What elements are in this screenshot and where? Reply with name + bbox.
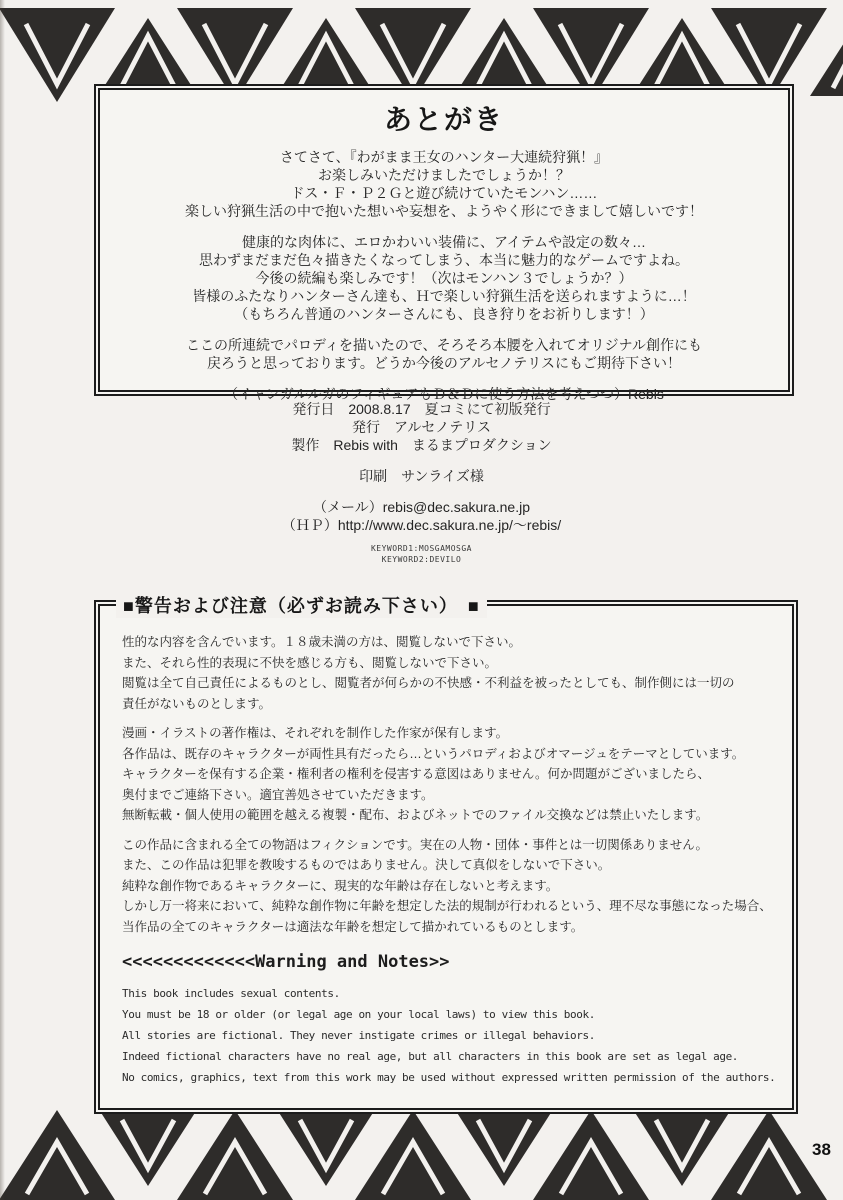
- triangle-glyph: [711, 1110, 827, 1200]
- production-line: 製作 Rebis with まるまプロダクション: [0, 436, 843, 454]
- page-number: 38: [812, 1140, 831, 1160]
- email-line: （メール）rebis@dec.sakura.ne.jp: [0, 498, 843, 516]
- text-line: 閲覧は全て自己責任によるものとし、閲覧者が何らかの不快感・不利益を被ったとしても…: [122, 673, 778, 694]
- text-line: また、それら性的表現に不快を感じる方も、閲覧しないで下さい。: [122, 653, 778, 674]
- text-line: Indeed fictional characters have no real…: [122, 1046, 778, 1067]
- afterword-paragraph-2: 健康的な肉体に、エロかわいい装備に、アイテムや設定の数々… 思わずまだまだ色々描…: [100, 233, 788, 323]
- text-line: 純粋な創作物であるキャラクターに、現実的な年齢は存在しないと考えます。: [122, 876, 778, 897]
- text-line: お楽しみいただけましたでしょうか！？: [100, 166, 788, 184]
- text-line: 責任がないものとします。: [122, 694, 778, 715]
- publish-date-line: 発行日 2008.8.17 夏コミにて初版発行: [0, 400, 843, 418]
- text-line: 当作品の全てのキャラクターは適法な年齢を想定して描かれているものとします。: [122, 917, 778, 938]
- text-line: 思わずまだまだ色々描きたくなってしまう、本当に魅力的なゲームですよね。: [100, 251, 788, 269]
- triangle-glyph: [355, 1110, 471, 1200]
- triangle-glyph: [632, 1108, 732, 1186]
- text-line: 楽しい狩猟生活の中で抱いた想いや妄想を、ようやく形にできまして嬉しいです！: [100, 202, 788, 220]
- triangle-glyph: [533, 1110, 649, 1200]
- triangle-border-bottom: [0, 1104, 843, 1200]
- triangle-glyph: [177, 1110, 293, 1200]
- text-line: （もちろん普通のハンターさんにも、良き狩りをお祈りします！）: [100, 305, 788, 323]
- triangle-glyph: [810, 18, 843, 96]
- text-line: しかし万一将来において、純粋な創作物に年齢を想定した法的規制が行われるという、理…: [122, 896, 778, 917]
- homepage-line: （ＨＰ）http://www.dec.sakura.ne.jp/～rebis/: [0, 516, 843, 534]
- text-line: 健康的な肉体に、エロかわいい装備に、アイテムや設定の数々…: [100, 233, 788, 251]
- afterword-paragraph-1: さてさて、『わがまま王女のハンター大連続狩猟！』 お楽しみいただけましたでしょう…: [100, 148, 788, 220]
- text-line: 今後の続編も楽しみです！（次はモンハン３でしょうか？）: [100, 269, 788, 287]
- warning-box: ■警告および注意（必ずお読み下さい） ■ 性的な内容を含んでいます。１８歳未満の…: [94, 600, 798, 1114]
- triangle-glyph: [0, 1110, 115, 1200]
- text-line: This book includes sexual contents.: [122, 983, 778, 1004]
- text-line: 性的な内容を含んでいます。１８歳未満の方は、閲覧しないで下さい。: [122, 632, 778, 653]
- text-line: 各作品は、既存のキャラクターが両性具有だったら…というパロディおよびオマージュを…: [122, 744, 778, 765]
- triangle-glyph: [98, 1108, 198, 1186]
- text-line: 奥付までご連絡下さい。適宜善処させていただきます。: [122, 785, 778, 806]
- printer-line: 印刷 サンライズ様: [0, 467, 843, 485]
- text-line: 皆様のふたなりハンターさん達も、Ｈで楽しい狩猟生活を送られますように…！: [100, 287, 788, 305]
- text-line: 戻ろうと思っております。どうか今後のアルセノテリスにもご期待下さい！: [100, 354, 788, 372]
- text-line: 漫画・イラストの著作権は、それぞれを制作した作家が保有します。: [122, 723, 778, 744]
- afterword-box: あとがき さてさて、『わがまま王女のハンター大連続狩猟！』 お楽しみいただけまし…: [94, 84, 794, 396]
- text-line: ここの所連続でパロディを描いたので、そろそろ本腰を入れてオリジナル創作にも: [100, 336, 788, 354]
- text-line: You must be 18 or older (or legal age on…: [122, 1004, 778, 1025]
- warning-heading: ■警告および注意（必ずお読み下さい） ■: [116, 592, 487, 618]
- triangle-glyph: [454, 1108, 554, 1186]
- triangle-glyph: [276, 1108, 376, 1186]
- text-line: キャラクターを保有する企業・権利者の権利を侵害する意図はありません。何か問題がご…: [122, 764, 778, 785]
- warning-jp-paragraph-1: 性的な内容を含んでいます。１８歳未満の方は、閲覧しないで下さい。 また、それら性…: [122, 632, 778, 714]
- keyword-line: KEYWORD2:DEVILO: [0, 554, 843, 565]
- keyword-line: KEYWORD1:MOSGAMOSGA: [0, 543, 843, 554]
- text-line: 無断転載・個人使用の範囲を越える複製・配布、およびネットでのファイル交換などは禁…: [122, 805, 778, 826]
- warning-jp-paragraph-3: この作品に含まれる全ての物語はフィクションです。実在の人物・団体・事件とは一切関…: [122, 835, 778, 938]
- scan-edge-artifact: [0, 0, 5, 1200]
- text-line: No comics, graphics, text from this work…: [122, 1067, 778, 1088]
- colophon: 発行日 2008.8.17 夏コミにて初版発行 発行 アルセノテリス 製作 Re…: [0, 400, 843, 565]
- keywords-block: KEYWORD1:MOSGAMOSGA KEYWORD2:DEVILO: [0, 543, 843, 565]
- text-line: また、この作品は犯罪を教唆するものではありません。決して真似をしないで下さい。: [122, 855, 778, 876]
- afterword-title: あとがき: [100, 98, 788, 138]
- publisher-line: 発行 アルセノテリス: [0, 418, 843, 436]
- text-line: さてさて、『わがまま王女のハンター大連続狩猟！』: [100, 148, 788, 166]
- afterword-paragraph-3: ここの所連続でパロディを描いたので、そろそろ本腰を入れてオリジナル創作にも 戻ろ…: [100, 336, 788, 372]
- warning-en-heading: <<<<<<<<<<<<<Warning and Notes>>: [122, 952, 778, 972]
- text-line: ドス・Ｆ・Ｐ２Ｇと遊び続けていたモンハン……: [100, 184, 788, 202]
- text-line: この作品に含まれる全ての物語はフィクションです。実在の人物・団体・事件とは一切関…: [122, 835, 778, 856]
- text-line: All stories are fictional. They never in…: [122, 1025, 778, 1046]
- warning-jp-paragraph-2: 漫画・イラストの著作権は、それぞれを制作した作家が保有します。 各作品は、既存の…: [122, 723, 778, 826]
- scanned-doujinshi-page: あとがき さてさて、『わがまま王女のハンター大連続狩猟！』 お楽しみいただけまし…: [0, 0, 843, 1200]
- warning-body: 性的な内容を含んでいます。１８歳未満の方は、閲覧しないで下さい。 また、それら性…: [100, 606, 792, 1088]
